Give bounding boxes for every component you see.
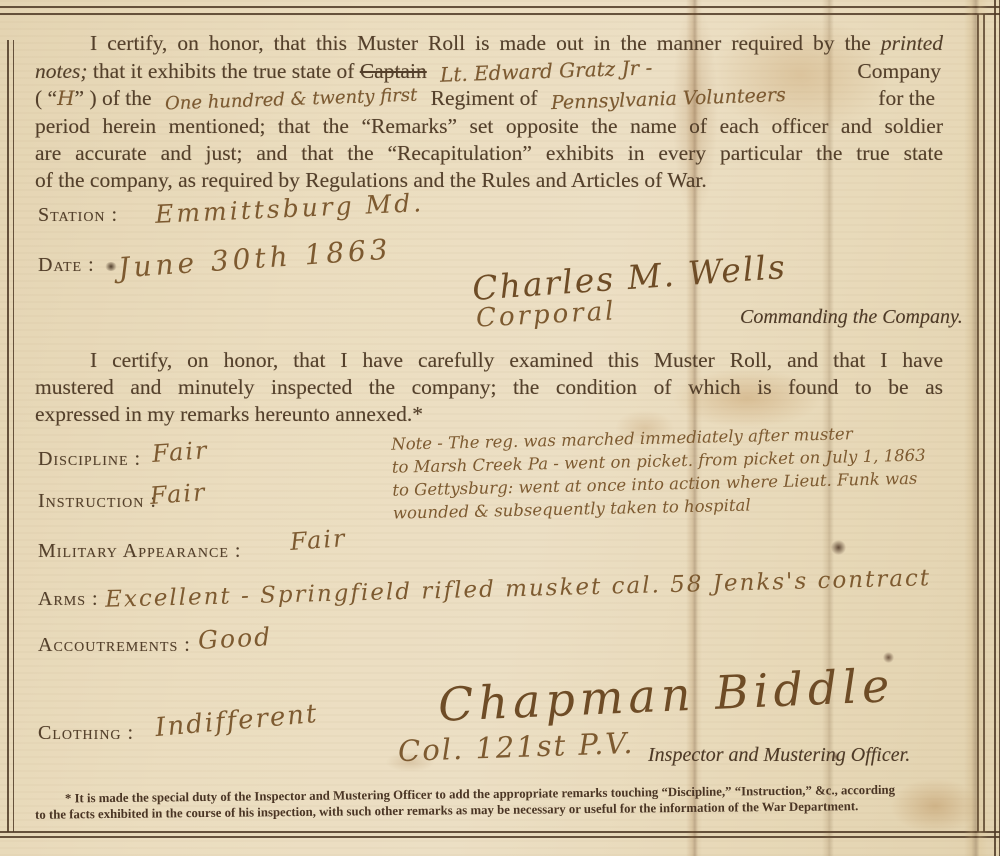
commanding-company-printed: Commanding the Company.	[740, 306, 963, 329]
inspector-title-printed: Inspector and Mustering Officer.	[648, 744, 910, 767]
right-edge-rule	[994, 0, 996, 856]
discipline-value-handwritten: Fair	[151, 436, 209, 468]
inspector-rank-handwritten: Col. 121st P.V.	[397, 726, 634, 768]
commander-signature: Charles M. Wells	[471, 247, 788, 308]
handwritten-commander-name: Lt. Edward Gratz Jr -	[440, 54, 653, 88]
bottom-rule-outer	[0, 831, 1000, 833]
clothing-value-handwritten: Indifferent	[154, 699, 320, 743]
instruction-value-handwritten: Fair	[149, 478, 207, 510]
para1-line3-open: ( “	[35, 86, 57, 110]
accoutrements-label: Accoutrements :	[38, 634, 191, 657]
para1-line3-close: ” ) of the	[75, 86, 152, 110]
arms-value-handwritten: Excellent - Springfield rifled musket ca…	[105, 565, 932, 613]
accoutrements-value-handwritten: Good	[197, 622, 272, 655]
military-appearance-label: Military Appearance :	[38, 540, 241, 563]
handwritten-company-letter: H	[57, 86, 74, 110]
discipline-label: Discipline :	[38, 448, 141, 471]
certify-paragraph-line-2: notes; that it exhibits the true state o…	[35, 58, 943, 85]
footnote: * It is made the special duty of the Ins…	[35, 781, 945, 823]
inspector-signature: Chapman Biddle	[437, 658, 895, 732]
top-rule-outer	[0, 6, 1000, 8]
certify-paragraph-line-6: of the company, as required by Regulatio…	[35, 167, 943, 194]
arms-label: Arms :	[38, 588, 99, 611]
handwritten-state-volunteers: Pennsylvania Volunteers	[551, 82, 787, 117]
date-label: Date :	[38, 254, 95, 277]
commander-rank-handwritten: Corporal	[475, 296, 617, 333]
inspector-paragraph-line-2: mustered and minutely inspected the comp…	[35, 374, 943, 401]
certify-paragraph-line-5: are accurate and just; and that the “Rec…	[35, 140, 943, 167]
para1-line3-right-words: for the	[878, 85, 935, 112]
right-rule-outer	[983, 14, 985, 832]
spot-dark-1	[831, 540, 846, 555]
certify-paragraph-line-1: I certify, on honor, that this Muster Ro…	[35, 30, 943, 57]
station-label: Station :	[38, 204, 118, 227]
top-rule-inner	[0, 13, 1000, 15]
certify-paragraph-line-3: ( “H” ) of the One hundred & twenty firs…	[35, 85, 943, 113]
date-value-handwritten: June 30th 1863	[117, 232, 392, 284]
military-appearance-value-handwritten: Fair	[289, 524, 347, 556]
ink-blot-date	[105, 262, 117, 271]
para1-line3-mid: Regiment of	[431, 86, 538, 110]
para1-line2-italic-word: notes;	[35, 59, 88, 83]
handwritten-note: Note - The reg. was marched immediately …	[391, 419, 983, 524]
station-value-handwritten: Emmittsburg Md.	[154, 188, 424, 229]
left-rule-inner	[13, 40, 14, 832]
muster-roll-document: I certify, on honor, that this Muster Ro…	[0, 0, 1000, 856]
para1-line1-text: I certify, on honor, that this Muster Ro…	[90, 31, 871, 55]
certify-paragraph-line-4: period herein mentioned; that the “Remar…	[35, 113, 943, 140]
para1-line2-text: that it exhibits the true state of	[93, 59, 355, 83]
struck-word-captain: Captain	[360, 59, 427, 83]
left-rule-outer	[7, 40, 9, 832]
clothing-label: Clothing :	[38, 722, 134, 745]
bottom-rule-inner	[0, 836, 1000, 838]
inspector-paragraph-line-1: I certify, on honor, that I have careful…	[35, 347, 943, 374]
para1-line2-right-word: Company	[857, 58, 941, 85]
para1-line1-italic-word: printed	[881, 31, 943, 55]
instruction-label: Instruction :	[38, 490, 157, 513]
